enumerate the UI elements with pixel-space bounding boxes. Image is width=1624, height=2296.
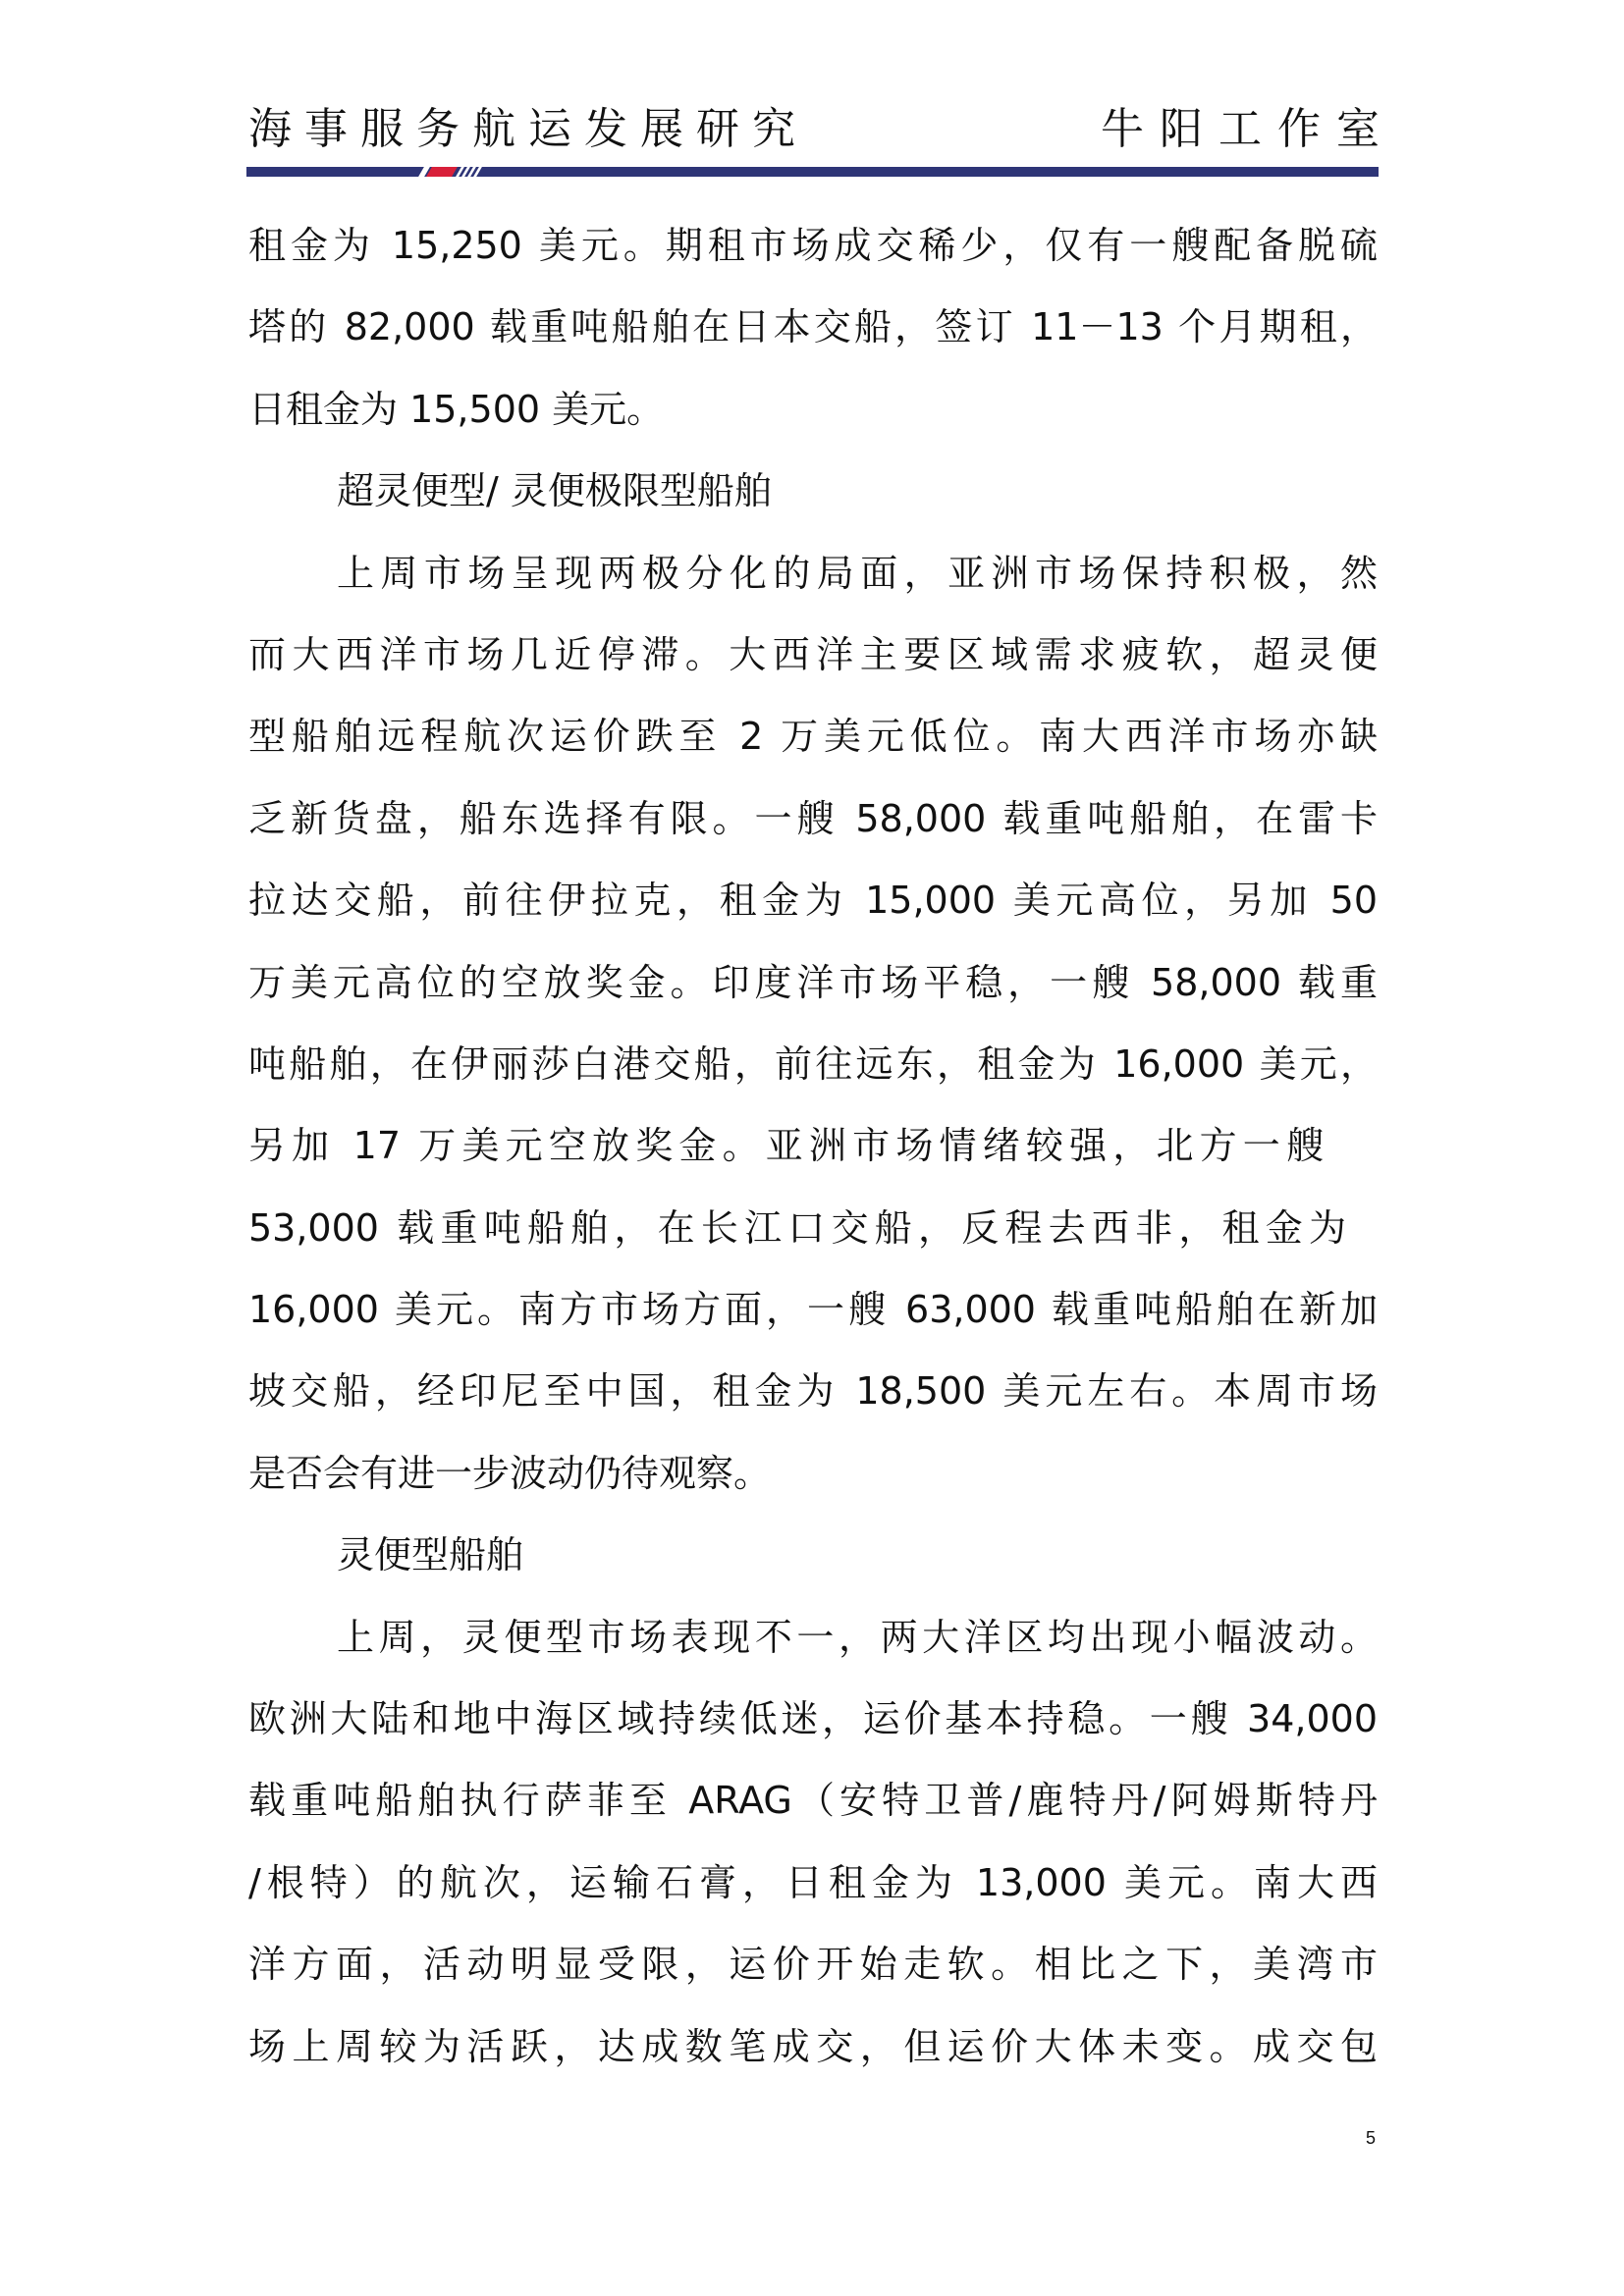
- text-line: 型船舶远程航次运价跌至 2 万美元低位。南大西洋市场亦缺: [248, 696, 1378, 777]
- page-header: 海事服务航运发展研究 牛阳工作室: [248, 102, 1380, 157]
- text-line: 吨船舶，在伊丽莎白港交船，前往远东，租金为 16,000 美元，: [248, 1024, 1378, 1105]
- text-line: 拉达交船，前往伊拉克，租金为 15,000 美元高位，另加 50: [248, 860, 1378, 941]
- document-body: 租金为 15,250 美元。期租市场成交稀少，仅有一艘配备脱硫塔的 82,000…: [248, 205, 1378, 2088]
- text-line: 洋方面，活动明显受限，运价开始走软。相比之下，美湾市: [248, 1924, 1378, 2005]
- text-line: 上周，灵便型市场表现不一，两大洋区均出现小幅波动。: [248, 1597, 1378, 1679]
- text-line: 是否会有进一步波动仍待观察。: [248, 1433, 1378, 1515]
- text-line: 上周市场呈现两极分化的局面，亚洲市场保持积极，然: [248, 533, 1378, 614]
- text-line: 坡交船，经印尼至中国，租金为 18,500 美元左右。本周市场: [248, 1351, 1378, 1432]
- text-line: 日租金为 15,500 美元。: [248, 369, 1378, 451]
- text-line: 另加 17 万美元空放奖金。亚洲市场情绪较强，北方一艘: [248, 1105, 1324, 1187]
- text-line: 场上周较为活跃，达成数笔成交，但运价大体未变。成交包: [248, 2006, 1378, 2088]
- text-line: 租金为 15,250 美元。期租市场成交稀少，仅有一艘配备脱硫: [248, 205, 1378, 287]
- text-line: 欧洲大陆和地中海区域持续低迷，运价基本持稳。一艘 34,000: [248, 1679, 1378, 1760]
- text-line: 53,000 载重吨船舶，在长江口交船，反程去西非，租金为: [248, 1188, 1346, 1269]
- text-line: /根特）的航次，运输石膏，日租金为 13,000 美元。南大西: [248, 1842, 1378, 1924]
- text-line: 16,000 美元。南方市场方面，一艘 63,000 载重吨船舶在新加: [248, 1269, 1378, 1351]
- header-title: 海事服务航运发展研究: [248, 102, 808, 157]
- section-heading: 超灵便型/ 灵便极限型船舶: [248, 451, 1378, 532]
- text-line: 载重吨船舶执行萨菲至 ARAG（安特卫普/鹿特丹/阿姆斯特丹: [248, 1760, 1378, 1842]
- header-studio-name: 牛阳工作室: [1101, 102, 1395, 157]
- text-line: 而大西洋市场几近停滞。大西洋主要区域需求疲软，超灵便: [248, 614, 1378, 696]
- rule-accent-red: [426, 167, 458, 177]
- page-number: 5: [1366, 2124, 1376, 2152]
- text-line: 乏新货盘，船东选择有限。一艘 58,000 载重吨船舶，在雷卡: [248, 778, 1378, 860]
- text-line: 塔的 82,000 载重吨船舶在日本交船，签订 11－13 个月期租，: [248, 287, 1378, 368]
- text-line: 万美元高位的空放奖金。印度洋市场平稳，一艘 58,000 载重: [248, 942, 1378, 1024]
- header-rule: [246, 167, 1379, 177]
- section-heading: 灵便型船舶: [248, 1515, 1378, 1596]
